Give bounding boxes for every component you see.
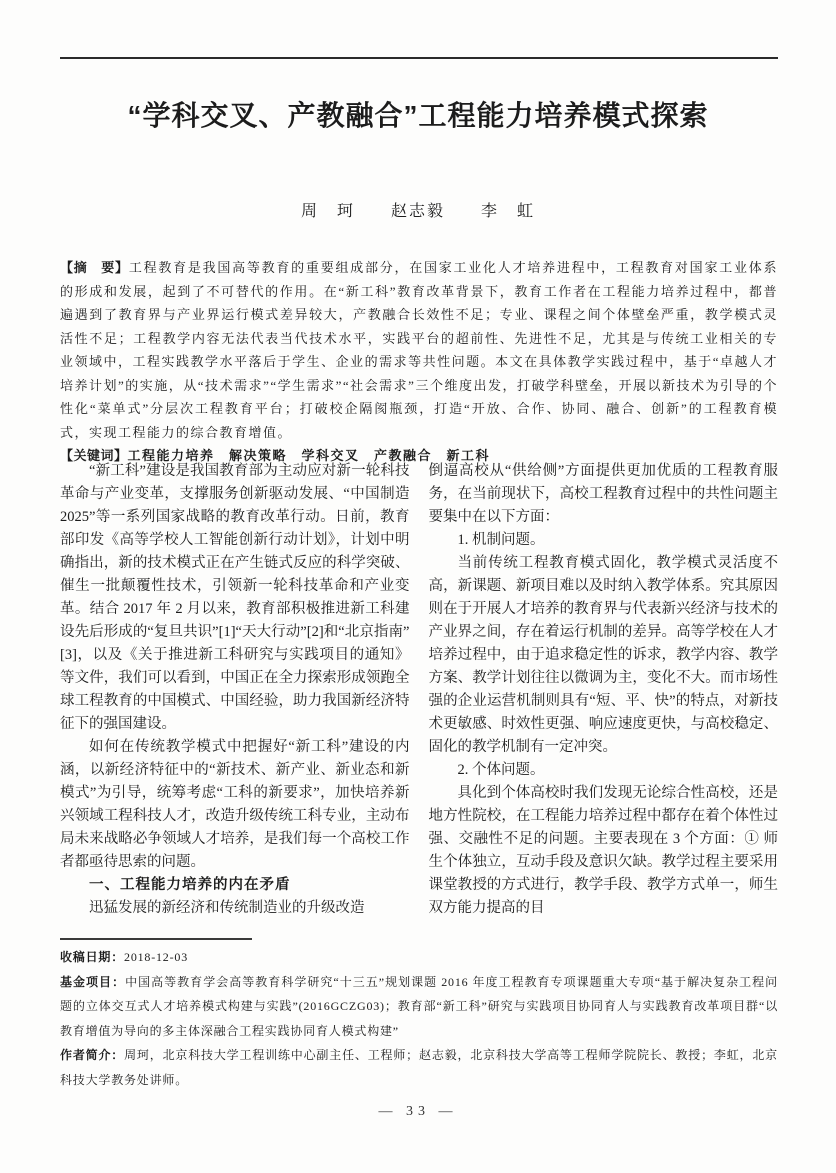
author-bio-value: 周珂，北京科技大学工程训练中心副主任、工程师；赵志毅，北京科技大学高等工程师学院…: [60, 1048, 778, 1087]
section-heading: 一、工程能力培养的内在矛盾: [60, 874, 410, 897]
numbered-subheading: 1. 机制问题。: [429, 529, 779, 552]
paper-title: “学科交叉、产教融合”工程能力培养模式探索: [30, 94, 806, 134]
footnote-divider: [60, 938, 252, 940]
footnote-section: 收稿日期：2018-12-03 基金项目：中国高等教育学会高等教育科学研究“十三…: [60, 938, 778, 1092]
received-date-label: 收稿日期：: [60, 950, 124, 964]
numbered-subheading: 2. 个体问题。: [429, 759, 779, 782]
authors-line: 周 珂 赵志毅 李 虹: [0, 198, 836, 221]
paragraph: “新工科”建设是我国教育部为主动应对新一轮科技革命与产业变革，支撑服务创新驱动发…: [60, 460, 410, 736]
abstract-label: 【摘 要】: [60, 260, 129, 275]
page-number: — 33 —: [0, 1104, 836, 1120]
body-columns: “新工科”建设是我国教育部为主动应对新一轮科技革命与产业变革，支撑服务创新驱动发…: [60, 460, 778, 940]
fund-project-value: 中国高等教育学会高等教育科学研究“十三五”规划课题 2016 年度工程教育专项课…: [60, 975, 778, 1038]
fund-project-line: 基金项目：中国高等教育学会高等教育科学研究“十三五”规划课题 2016 年度工程…: [60, 970, 778, 1044]
author-bio-label: 作者简介：: [60, 1048, 124, 1062]
paragraph-continuation: 倒逼高校从“供给侧”方面提供更加优质的工程教育服务，在当前现状下，高校工程教育过…: [429, 460, 779, 529]
received-date-line: 收稿日期：2018-12-03: [60, 945, 778, 970]
header-rule: [60, 57, 778, 59]
paragraph: 当前传统工程教育模式固化，教学模式灵活度不高，新课题、新项目难以及时纳入教学体系…: [429, 552, 779, 759]
paragraph: 具化到个体高校时我们发现无论综合性高校，还是地方性院校，在工程能力培养过程中都存…: [429, 782, 779, 920]
fund-project-label: 基金项目：: [60, 975, 125, 989]
abstract-text: 工程教育是我国高等教育的重要组成部分，在国家工业化人才培养进程中，工程教育对国家…: [60, 260, 778, 440]
received-date-value: 2018-12-03: [124, 950, 188, 964]
paragraph: 如何在传统教学模式中把握好“新工科”建设的内涵，以新经济特征中的“新技术、新产业…: [60, 736, 410, 874]
column-right: 倒逼高校从“供给侧”方面提供更加优质的工程教育服务，在当前现状下，高校工程教育过…: [429, 460, 779, 940]
abstract-section: 【摘 要】工程教育是我国高等教育的重要组成部分，在国家工业化人才培养进程中，工程…: [60, 256, 778, 468]
paragraph: 迅猛发展的新经济和传统制造业的升级改造: [60, 897, 410, 920]
journal-page: “学科交叉、产教融合”工程能力培养模式探索 周 珂 赵志毅 李 虹 【摘 要】工…: [0, 0, 836, 1173]
author-bio-line: 作者简介：周珂，北京科技大学工程训练中心副主任、工程师；赵志毅，北京科技大学高等…: [60, 1043, 778, 1092]
abstract-paragraph: 【摘 要】工程教育是我国高等教育的重要组成部分，在国家工业化人才培养进程中，工程…: [60, 256, 778, 444]
column-left: “新工科”建设是我国教育部为主动应对新一轮科技革命与产业变革，支撑服务创新驱动发…: [60, 460, 410, 940]
